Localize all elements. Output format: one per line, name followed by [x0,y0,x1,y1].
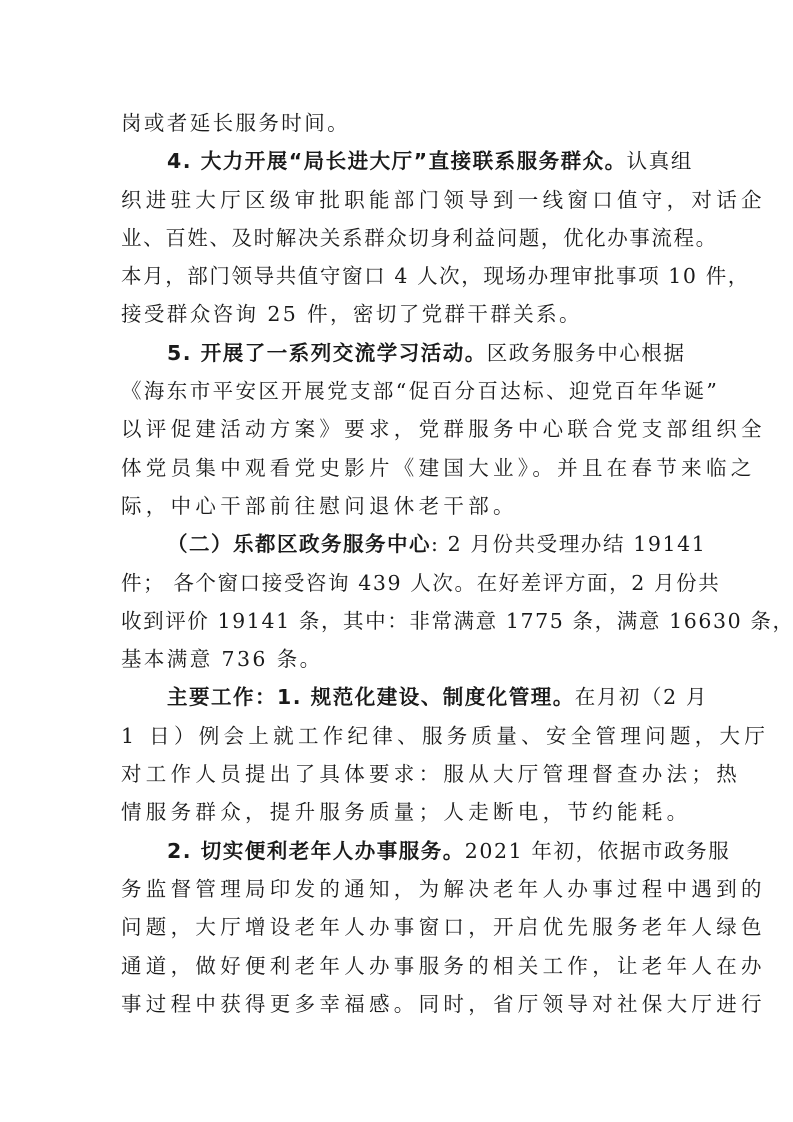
body-text: 通道，做好便利老年人办事服务的相关工作，让老年人在办 [121,954,766,978]
body-text: 收到评价 19141 条，其中：非常满意 1775 条，满意 16630 条， [121,609,793,633]
bold-heading: 主要工作：1. 规范化建设、制度化管理。 [167,685,575,709]
text-line: 体党员集中观看党史影片《建国大业》。并且在春节来临之 [121,449,674,487]
body-text: 对工作人员提出了具体要求：服从大厅管理督查办法；热 [121,762,741,786]
body-text: 务监督管理局印发的通知，为解决老年人办事过程中遇到的 [121,877,766,901]
text-line: 1 日）例会上就工作纪律、服务质量、安全管理问题，大厅 [121,717,674,755]
text-line: 本月，部门领导共值守窗口 4 人次，现场办理审批事项 10 件， [121,257,674,295]
text-line: 基本满意 736 条。 [121,640,674,678]
body-text: 本月，部门领导共值守窗口 4 人次，现场办理审批事项 10 件， [121,264,750,288]
body-text: 际，中心干部前往慰问退休老干部。 [121,494,518,518]
paragraph-heading-line: 主要工作：1. 规范化建设、制度化管理。在月初（2 月 [121,678,674,716]
body-text: 件； 各个窗口接受咨询 439 人次。在好差评方面，2 月份共 [121,571,720,595]
text-line: 件； 各个窗口接受咨询 439 人次。在好差评方面，2 月份共 [121,564,674,602]
body-text: 区政务服务中心根据 [487,341,686,365]
text-line: 事过程中获得更多幸福感。同时，省厅领导对社保大厅进行 [121,985,674,1023]
paragraph-heading-line: 2. 切实便利老年人办事服务。2021 年初，依据市政务服 [121,832,674,870]
body-text: 岗或者延长服务时间。 [121,111,350,135]
bold-heading: 4. 大力开展“局长进大厅”直接联系服务群众。 [167,149,627,173]
paragraph-heading-line: 5. 开展了一系列交流学习活动。区政务服务中心根据 [121,334,674,372]
body-text: 情服务群众，提升服务质量；人走断电，节约能耗。 [121,800,691,824]
text-line: 问题，大厅增设老年人办事窗口，开启优先服务老年人绿色 [121,908,674,946]
text-line: 岗或者延长服务时间。 [121,104,674,142]
body-text: 在月初（2 月 [575,685,708,709]
text-line: 以评促建活动方案》要求，党群服务中心联合党支部组织全 [121,410,674,448]
body-text: 2021 年初，依据市政务服 [465,839,731,863]
bold-heading: 5. 开展了一系列交流学习活动。 [167,341,487,365]
text-line: 通道，做好便利老年人办事服务的相关工作，让老年人在办 [121,947,674,985]
text-line: 接受群众咨询 25 件，密切了党群干群关系。 [121,295,674,333]
body-text: 接受群众咨询 25 件，密切了党群干群关系。 [121,302,582,326]
text-line: 务监督管理局印发的通知，为解决老年人办事过程中遇到的 [121,870,674,908]
document-page: 岗或者延长服务时间。 4. 大力开展“局长进大厅”直接联系服务群众。认真组 织进… [121,104,674,1023]
text-line: 情服务群众，提升服务质量；人走断电，节约能耗。 [121,793,674,831]
body-text: 《海东市平安区开展党支部“促百分百达标、迎党百年华诞” [121,379,719,403]
body-text: 基本满意 736 条。 [121,647,323,671]
body-text: 体党员集中观看党史影片《建国大业》。并且在春节来临之 [121,456,756,480]
text-line: 业、百姓、及时解决关系群众切身利益问题，优化办事流程。 [121,219,674,257]
text-line: 《海东市平安区开展党支部“促百分百达标、迎党百年华诞” [121,372,674,410]
text-line: 对工作人员提出了具体要求：服从大厅管理督查办法；热 [121,755,674,793]
text-line: 织进驻大厅区级审批职能部门领导到一线窗口值守，对话企 [121,181,674,219]
body-text: 问题，大厅增设老年人办事窗口，开启优先服务老年人绿色 [121,915,766,939]
bold-heading: 2. 切实便利老年人办事服务。 [167,839,465,863]
body-text: 认真组 [627,149,693,173]
body-text: : 2 月份共受理办结 19141 [431,532,706,556]
body-text: 事过程中获得更多幸福感。同时，省厅领导对社保大厅进行 [121,992,766,1016]
section-heading: （二）乐都区政务服务中心 [167,532,431,556]
text-line: 际，中心干部前往慰问退休老干部。 [121,487,674,525]
body-text: 业、百姓、及时解决关系群众切身利益问题，优化办事流程。 [121,226,718,250]
paragraph-heading-line: 4. 大力开展“局长进大厅”直接联系服务群众。认真组 [121,142,674,180]
section-heading-line: （二）乐都区政务服务中心: 2 月份共受理办结 19141 [121,525,674,563]
body-text: 织进驻大厅区级审批职能部门领导到一线窗口值守，对话企 [121,188,766,212]
text-line: 收到评价 19141 条，其中：非常满意 1775 条，满意 16630 条， [121,602,674,640]
body-text: 1 日）例会上就工作纪律、服务质量、安全管理问题，大厅 [121,724,769,748]
body-text: 以评促建活动方案》要求，党群服务中心联合党支部组织全 [121,417,766,441]
